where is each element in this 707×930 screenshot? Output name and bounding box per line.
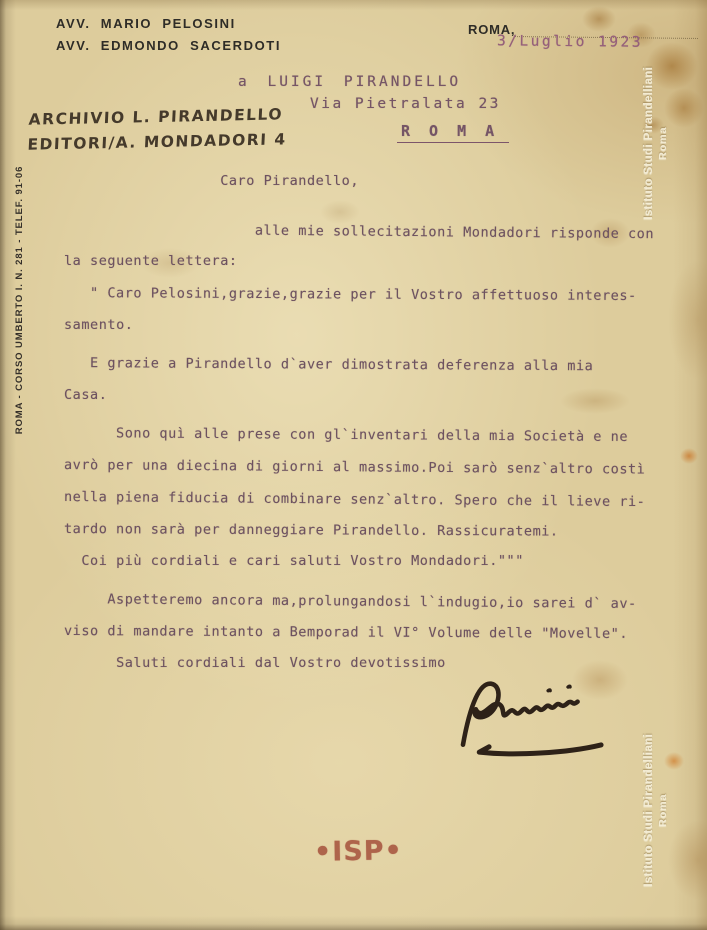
letterhead-name-2: AVV. EDMONDO SACERDOTI (56, 35, 281, 57)
body-line: alle mie sollecitazioni Mondadori rispon… (64, 213, 664, 250)
body-line: " Caro Pelosini,grazie,grazie per il Vos… (64, 277, 664, 312)
paper-stain (668, 820, 707, 900)
body-line: Casa. (64, 379, 664, 411)
signature-ink-stroke (446, 667, 634, 763)
letterhead-vertical-address: ROMA - CORSO UMBERTO I. N. 281 - TELEF. … (14, 165, 28, 435)
dateline-date: 3/Luglio 1923 (497, 33, 643, 51)
body-line: Sono quì alle prese con gl`inventari del… (64, 417, 664, 453)
watermark-line-1: Istituto Studi Pirandelliani (642, 58, 656, 228)
scanned-letter-page: AVV. MARIO PELOSINI AVV. EDMONDO SACERDO… (0, 0, 707, 930)
letterhead-name-1: AVV. MARIO PELOSINI (56, 13, 281, 35)
paper-stain (668, 260, 707, 380)
body-line: tardo non sarà per danneggiare Pirandell… (64, 513, 664, 548)
recipient-street: Via Pietralata 23 (310, 96, 501, 112)
watermark-line-2: Roma (656, 58, 670, 228)
body-line: samento. (64, 309, 664, 341)
letter-body: Caro Pirandello, alle mie sollecitazioni… (64, 165, 664, 679)
body-line: Caro Pirandello, (64, 165, 664, 197)
paper-stain (680, 448, 698, 464)
body-line: avrò per una diecina di giorni al massim… (64, 449, 664, 486)
archive-annotation: ARCHIVIO L. PIRANDELLO EDITORI/A. MONDAD… (27, 102, 289, 157)
watermark-line-2: Roma (656, 725, 670, 895)
signature (446, 667, 634, 763)
isp-stamp: •ISP• (314, 835, 403, 868)
watermark-institute-bottom: Istituto Studi Pirandelliani Roma (642, 725, 672, 895)
body-line: viso di mandare intanto a Bemporad il VI… (64, 615, 664, 650)
body-line: Coi più cordiali e cari saluti Vostro Mo… (64, 545, 664, 577)
body-line: la seguente lettera: (64, 245, 664, 277)
paper-stain (582, 6, 616, 32)
recipient-name: a LUIGI PIRANDELLO (238, 74, 461, 90)
letterhead: AVV. MARIO PELOSINI AVV. EDMONDO SACERDO… (56, 13, 281, 57)
archive-annotation-line-2: EDITORI/A. MONDADORI 4 (27, 127, 287, 157)
watermark-line-1: Istituto Studi Pirandelliani (642, 725, 656, 895)
recipient-city: R O M A (397, 122, 509, 143)
watermark-institute-top: Istituto Studi Pirandelliani Roma (642, 58, 672, 228)
body-line: E grazie a Pirandello d`aver dimostrata … (64, 347, 664, 383)
